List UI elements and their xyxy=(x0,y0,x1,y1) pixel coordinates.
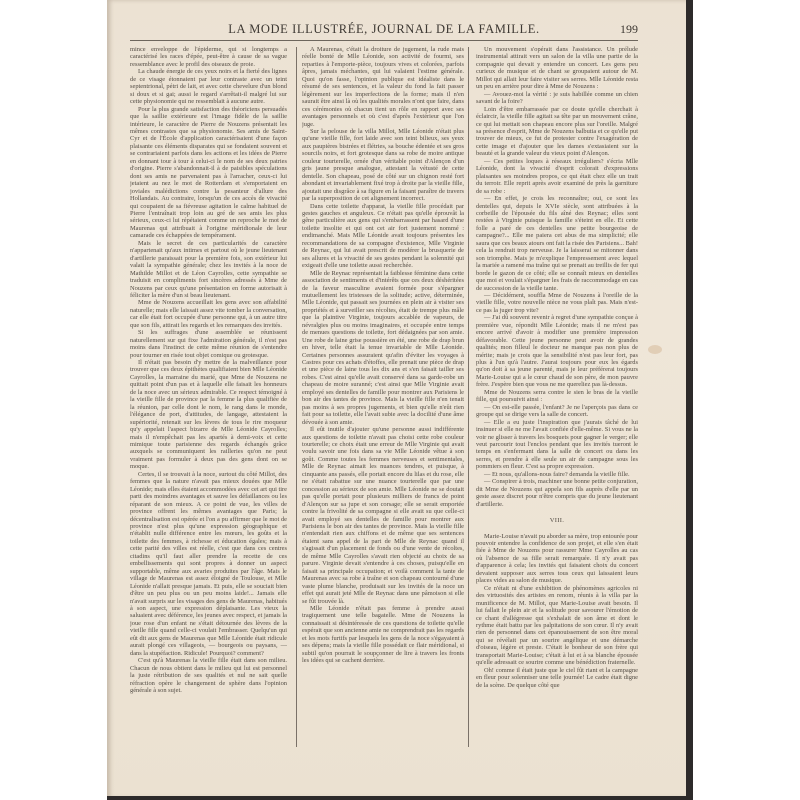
paragraph: Mais le secret de ces particularités de … xyxy=(130,240,287,300)
column-divider xyxy=(468,47,469,747)
paragraph: Mme de Nouzens serra contre le sien le b… xyxy=(476,389,638,404)
paragraph: Il n'était pas besoin d'y mettre de la m… xyxy=(130,359,287,471)
paragraph: — Décidément, souffla Mme de Nouzens à l… xyxy=(476,292,638,314)
text-column-1: mince enveloppe de l'épiderme, qui si lo… xyxy=(130,46,287,746)
paragraph: Marie-Louise n'avait pu aborder sa mère,… xyxy=(476,533,638,585)
paragraph: A Maurenas, c'était la droiture de jugem… xyxy=(302,46,464,128)
text-column-2: A Maurenas, c'était la droiture de jugem… xyxy=(302,46,464,746)
paragraph: — On est-elle passée, l'enfant? Je ne l'… xyxy=(476,404,638,419)
paragraph: Loin d'être embarrassée par ce doute qu'… xyxy=(476,106,638,158)
paragraph: — Ces petites loques à réseaux irrégulie… xyxy=(476,158,638,195)
page-number: 199 xyxy=(620,22,638,37)
paragraph: C'est qu'à Maurenas la vieille fille éta… xyxy=(130,657,287,694)
running-header: LA MODE ILLUSTRÉE, JOURNAL DE LA FAMILLE… xyxy=(130,22,638,38)
paragraph: La chaude énergie de ces yeux noirs et l… xyxy=(130,68,287,105)
paragraph: Mlle de Reynac représentait la faiblesse… xyxy=(302,270,464,427)
paragraph: — Avouez-moi la vérité : je suis habillé… xyxy=(476,91,638,106)
paragraph: Ce n'était ni d'une exhibition de phénom… xyxy=(476,585,638,667)
paragraph: — Conspirer à trois, machiner une bonne … xyxy=(476,478,638,508)
paragraph: — En effet, je crois les reconnaître; ou… xyxy=(476,195,638,292)
paragraph: mince enveloppe de l'épiderme, qui si lo… xyxy=(130,46,287,68)
paragraph: — J'ai dû souvent revenir à regret d'une… xyxy=(476,314,638,389)
journal-title: LA MODE ILLUSTRÉE, JOURNAL DE LA FAMILLE… xyxy=(130,22,638,37)
paragraph: Mlle Léonide n'était pas femme à prendre… xyxy=(302,605,464,665)
paragraph: — Et nous, qu'allons-nous faire? demanda… xyxy=(476,471,638,478)
paragraph: — Elle a eu juste l'inspiration que j'au… xyxy=(476,419,638,471)
paragraph: Oh! comme il était juste que le ciel fût… xyxy=(476,667,638,689)
paragraph: Un mouvement s'opérait dans l'assistance… xyxy=(476,46,638,91)
paper-stain xyxy=(648,345,662,354)
paragraph: Certes, il se trouvait à la noce, surtou… xyxy=(130,471,287,657)
page-edge-shadow-right xyxy=(686,0,693,800)
page-edge-shadow-bottom xyxy=(107,796,693,800)
paragraph: Pour la plus grande satisfaction des thé… xyxy=(130,106,287,240)
paragraph: Si les suffrages d'une assemblée se réun… xyxy=(130,329,287,359)
paragraph: Il eût inutile d'ajouter qu'une personne… xyxy=(302,426,464,605)
paragraph: Sur la pelouse de la villa Millot, Mlle … xyxy=(302,128,464,203)
header-rule xyxy=(130,40,638,41)
chapter-heading: VIII. xyxy=(476,517,638,524)
paragraph: Dans cette toilette d'apparat, la vieill… xyxy=(302,203,464,270)
text-column-3: Un mouvement s'opérait dans l'assistance… xyxy=(476,46,638,746)
column-divider xyxy=(296,47,297,747)
paragraph: Mme de Nouzens accueillait les gens avec… xyxy=(130,299,287,329)
